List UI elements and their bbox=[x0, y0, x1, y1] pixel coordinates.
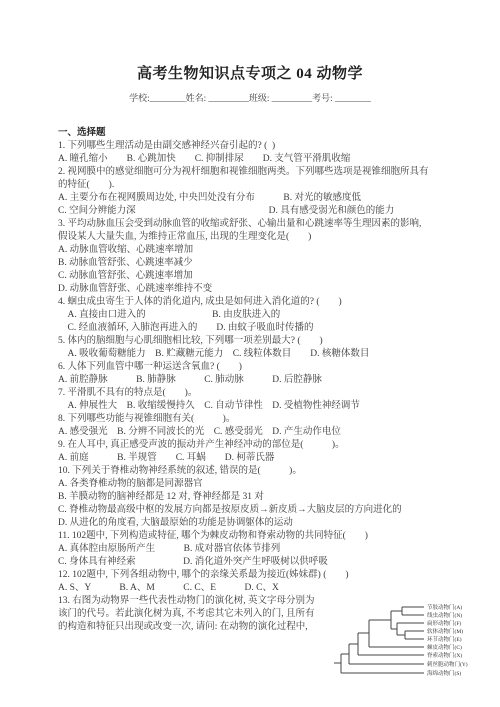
question-lines: 1. 下列哪些生理活动是由副交感神经兴奋引起的? ( )A. 瞳孔缩小 B. 心… bbox=[58, 140, 460, 634]
tree-branch-lines bbox=[334, 607, 424, 673]
phylogenetic-tree-figure: 节肢动物门(A) 线虫动物门(N) 扁形动物门(F) 软体动物门(M) 环节动物… bbox=[334, 598, 499, 683]
question-text-line: D. 动脉血管舒张、心跳速率维持不变 bbox=[58, 283, 460, 296]
question-text-line: A. S、Y B. A、M C. C、E D. C、X bbox=[58, 582, 460, 595]
question-text-line: C. 脊椎动物最高级中枢的发展方向都是按原皮质→新皮质→大脑皮层的方向进化的 bbox=[58, 504, 460, 517]
question-text-line: 3. 平均动脉血压会受到动脉血管的收缩或舒张、心输出量和心跳速率等生理因素的影响… bbox=[58, 218, 460, 231]
question-text-line: B. 动脉血管舒张、心跳速率减少 bbox=[58, 257, 460, 270]
tree-leaf-label: 环节动物门(E) bbox=[427, 635, 462, 643]
question-text-line: 2. 视网膜中的感觉细胞可分为视杆细胞和视锥细胞两类。下列哪些选项是视锥细胞所具… bbox=[58, 166, 460, 179]
question-text-line: 1. 下列哪些生理活动是由副交感神经兴奋引起的? ( ) bbox=[58, 140, 460, 153]
question-text-line: 5. 体内的脑细胞与心肌细胞相比较, 下列哪一项差别最大? ( ) bbox=[58, 335, 460, 348]
exam-document-page: 高考生物知识点专项之 04 动物学 学校:________姓名: _______… bbox=[0, 0, 500, 707]
tree-leaf-label: 刺丝胞动物门(Y) bbox=[427, 660, 468, 668]
question-text-line: 7. 平滑肌不具有的特点是( )。 bbox=[58, 387, 460, 400]
question-text-line: A. 动脉血管收缩、心跳速率增加 bbox=[58, 244, 460, 257]
question-text-line: 8. 下列哪些功能与视锥细胞有关( )。 bbox=[58, 413, 460, 426]
question-text-line: A. 各类脊椎动物的脑都是同源器官 bbox=[58, 478, 460, 491]
question-text-line: D. 从进化的角度看, 大脑最原始的功能是协调躯体的运动 bbox=[58, 517, 460, 530]
question-text-line: 12. 102题中, 下列各组动物中, 哪个的亲缘关系最为接近(姊妹群) ( ) bbox=[58, 569, 460, 582]
question-text-line: 9. 在人耳中, 真正感受声波的振动并产生神经冲动的部位是( )。 bbox=[58, 439, 460, 452]
tree-leaf-label: 棘皮动物门(C) bbox=[427, 643, 462, 651]
question-text-line: 4. 蛔虫成虫寄生于人体的消化道内, 成虫是如何进入消化道的? ( ) bbox=[58, 296, 460, 309]
question-text-line: A. 感受强光 B. 分辨不同波长的光 C. 感受弱光 D. 产生动作电位 bbox=[58, 426, 460, 439]
question-text-line: A. 吸收葡萄糖能力 B. 贮藏糖元能力 C. 线粒体数目 D. 核糖体数目 bbox=[58, 348, 460, 361]
question-section: 一、选择题 1. 下列哪些生理活动是由副交感神经兴奋引起的? ( )A. 瞳孔缩… bbox=[58, 127, 460, 634]
question-text-line: C. 空间分辨能力深 D. 具有感受弱光和颜色的能力 bbox=[58, 205, 460, 218]
student-info-blanks: 学校:________姓名: _________班级: _________考号:… bbox=[0, 91, 500, 104]
question-text-line: 6. 人体下列血管中哪一种运送含氧血? ( ) bbox=[58, 361, 460, 374]
question-text-line: 假设某人大量失血, 为维持正常血压, 出现的生理变化是( ) bbox=[58, 231, 460, 244]
section-heading: 一、选择题 bbox=[58, 127, 460, 140]
question-text-line: C. 动脉血管舒张、心跳速率增加 bbox=[58, 270, 460, 283]
page-title: 高考生物知识点专项之 04 动物学 bbox=[0, 0, 500, 83]
question-text-line: A. 主要分布在视网膜周边处, 中央凹处没有分布 B. 对光的敏感度低 bbox=[58, 192, 460, 205]
tree-leaf-label: 线虫动物门(N) bbox=[427, 611, 462, 619]
question-text-line: A. 真体腔由原肠所产生 B. 成对器官依体节排列 bbox=[58, 543, 460, 556]
question-text-line: A. 直接由口进入的 B. 由皮肤进入的 bbox=[58, 309, 460, 322]
tree-leaf-label: 脊索动物门(X) bbox=[427, 651, 462, 659]
question-text-line: C. 经血液循环, 入肺泡再进入的 D. 由蚊子吸血时传播的 bbox=[58, 322, 460, 335]
tree-leaf-label: 软体动物门(M) bbox=[427, 627, 463, 635]
question-text-line: B. 羊膜动物的脑神经都是 12 对, 脊神经都是 31 对 bbox=[58, 491, 460, 504]
question-text-line: 10. 下列关于脊椎动物神经系统的叙述, 错误的是( )。 bbox=[58, 465, 460, 478]
question-text-line: C. 身体具有神经索 D. 消化道外突产生呼吸树以供呼吸 bbox=[58, 556, 460, 569]
question-text-line: A. 前腔静脉 B. 肺静脉 C. 肺动脉 D. 后腔静脉 bbox=[58, 374, 460, 387]
question-text-line: 的特征( ). bbox=[58, 179, 460, 192]
tree-leaf-label: 节肢动物门(A) bbox=[427, 603, 462, 611]
question-text-line: A. 瞳孔缩小 B. 心跳加快 C. 抑制排尿 D. 支气管平滑肌收缩 bbox=[58, 153, 460, 166]
tree-leaf-label: 海绵动物门(S) bbox=[427, 669, 461, 677]
question-text-line: A. 伸展性大 B. 收缩缓慢持久 C. 自动节律性 D. 受植物性神经调节 bbox=[58, 400, 460, 413]
tree-leaf-label: 扁形动物门(F) bbox=[427, 619, 461, 627]
question-text-line: 11. 102题中, 下列构造或特征, 哪个为棘皮动物和脊索动物的共同特征( ) bbox=[58, 530, 460, 543]
question-text-line: A. 前庭 B. 半规管 C. 耳蜗 D. 柯蒂氏器 bbox=[58, 452, 460, 465]
